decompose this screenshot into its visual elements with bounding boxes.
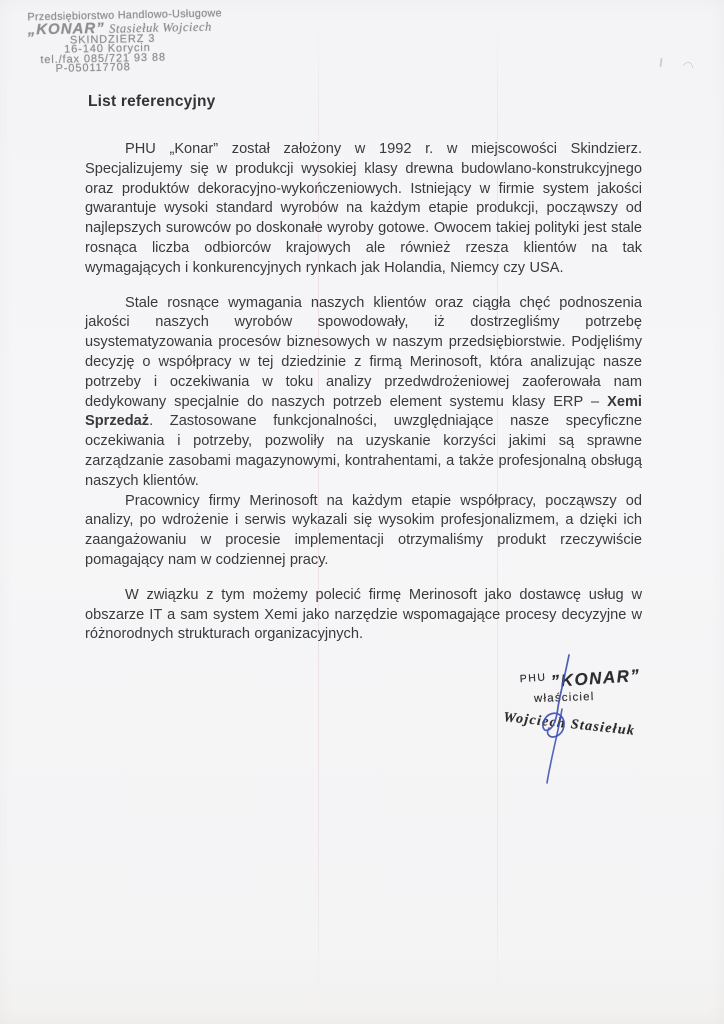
handwritten-signature-ink [524,649,590,789]
paragraph: Pracownicy firmy Merinosoft na każdym et… [85,492,642,571]
paragraph: W związku z tym możemy polecić firmę Mer… [85,586,642,645]
paragraph: Stale rosnące wymagania naszych klientów… [85,294,642,492]
paragraph: PHU „Konar” został założony w 1992 r. w … [85,140,642,279]
paragraph-text: W związku z tym możemy polecić firmę Mer… [85,587,642,643]
paper-speck [681,60,695,74]
letter-title: List referencyjny [88,93,215,111]
scanned-letter-page: Przedsiębiorstwo Handlowo-Usługowe „KONA… [0,0,724,1024]
paragraph-text: Stale rosnące wymagania naszych klientów… [85,295,642,410]
paragraph-text: Pracownicy firmy Merinosoft na każdym et… [85,493,642,568]
paragraph-text: PHU „Konar” został założony w 1992 r. w … [85,141,642,276]
paper-speck [659,58,662,67]
letter-body: PHU „Konar” został założony w 1992 r. w … [85,140,642,645]
letterhead-stamp: Przedsiębiorstwo Handlowo-Usługowe „KONA… [27,8,258,75]
paragraph-text: . Zastosowane funkcjonalności, uwzględni… [85,413,642,488]
